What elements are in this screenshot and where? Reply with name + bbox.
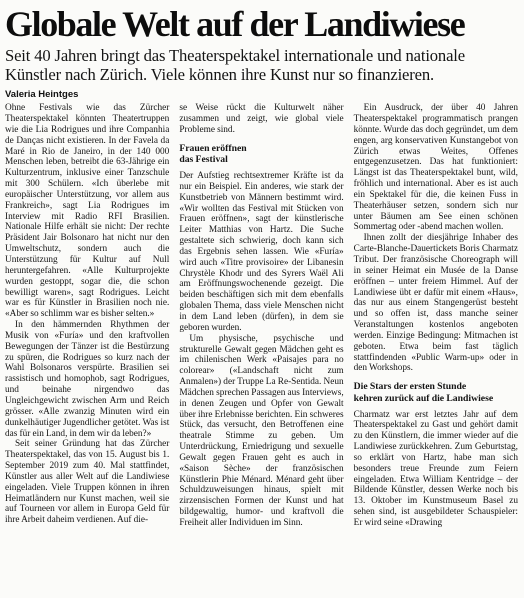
article-column-1: Ohne Festivals wie das Zürcher Theatersp… (5, 103, 169, 529)
paragraph: Der Aufstieg rechtsextremer Kräfte ist d… (179, 171, 343, 334)
newspaper-article: Globale Welt auf der Landiwiese Seit 40 … (0, 0, 524, 529)
section-subhead: Frauen eröffnen das Festival (179, 143, 343, 166)
paragraph: se Weise rückt die Kulturwelt näher zusa… (179, 103, 343, 136)
paragraph: In den hämmernden Rhythmen der Musik von… (5, 320, 169, 439)
article-columns: Ohne Festivals wie das Zürcher Theatersp… (5, 103, 518, 529)
article-column-2: se Weise rückt die Kulturwelt näher zusa… (179, 103, 343, 529)
paragraph: Ohne Festivals wie das Zürcher Theatersp… (5, 103, 169, 320)
paragraph: Ein Ausdruck, der über 40 Jahren Theater… (354, 103, 518, 233)
paragraph: Seit seiner Gründung hat das Zürcher The… (5, 439, 169, 526)
paragraph: Ihnen zollt der diesjährige Inhaber des … (354, 233, 518, 374)
headline: Globale Welt auf der Landiwiese (5, 6, 518, 43)
article-column-3: Ein Ausdruck, der über 40 Jahren Theater… (354, 103, 518, 529)
standfirst: Seit 40 Jahren bringt das Theaterspektak… (5, 46, 518, 84)
paragraph: Charmatz war erst letztes Jahr auf dem T… (354, 410, 518, 529)
byline: Valeria Heintges (5, 89, 518, 100)
section-subhead: Die Stars der ersten Stunde kehren zurüc… (354, 381, 518, 404)
paragraph: Um physische, psychische und strukturell… (179, 334, 343, 529)
